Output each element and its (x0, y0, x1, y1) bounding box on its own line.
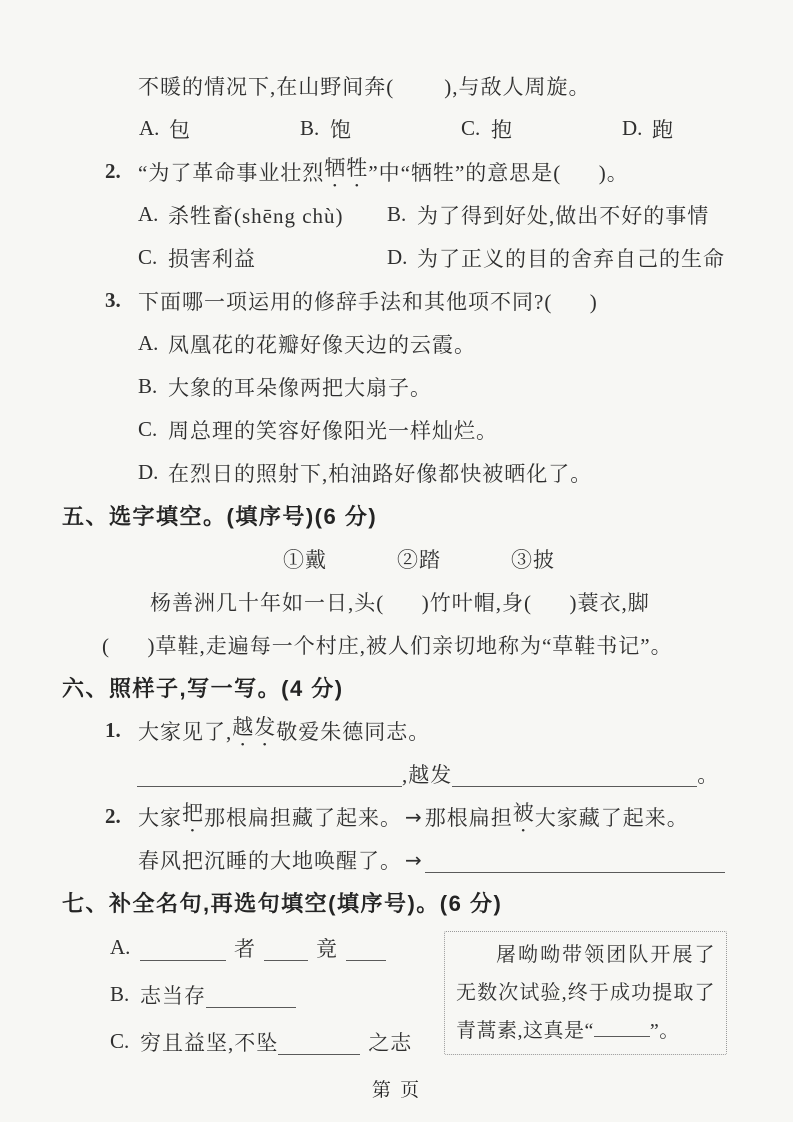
blank-line (452, 760, 697, 787)
item1-number: 1. (105, 718, 138, 743)
q1-stem-tail: 不暖的情况下,在山野间奔( ),与敌人周旋。 (138, 64, 743, 107)
section5-passage-line1: 杨善洲几十年如一日,头( )竹叶帽,身( )蓑衣,脚 (150, 580, 743, 623)
blank-line (137, 760, 402, 787)
q3-stem: 3. 下面哪一项运用的修辞手法和其他项不同?( ) (105, 279, 743, 322)
q2-option-b: B.为了得到好处,做出不好的事情 (387, 200, 709, 230)
choice-3: ③披 (511, 544, 555, 574)
q2-option-a: A.杀牲畜(shēng chù) (138, 200, 387, 230)
q3-option-a: A.凤凰花的花瓣好像天边的云霞。 (138, 322, 743, 365)
section6-item1-example: 1. 大家见了,越发敬爱朱德同志。 (105, 709, 743, 752)
q2-stem: 2. “为了革命事业壮烈牺牲”中“牺牲”的意思是( )。 (105, 150, 743, 193)
exam-page: 不暖的情况下,在山野间奔( ),与敌人周旋。 A.包 B.饱 C.抱 D.跑 2… (0, 0, 793, 1122)
q1-stem-text: 不暖的情况下,在山野间奔( ),与敌人周旋。 (138, 71, 591, 101)
section5-choices-row: ①戴 ②踏 ③披 (283, 537, 743, 580)
page-footer: 第 页 (0, 1075, 793, 1102)
section7-quote-box: 屠呦呦带领团队开展了无数次试验,终于成功提取了青蒿素,这真是“”。 (444, 931, 727, 1055)
item2-emphasized-bei: 被 (513, 797, 535, 837)
blank-line (278, 1028, 360, 1055)
q1-option-d: D.跑 (622, 114, 674, 144)
q3-number: 3. (105, 288, 138, 313)
q2-number: 2. (105, 159, 138, 184)
section6-title: 六、照样子,写一写。(4 分) (62, 666, 743, 709)
choice-1: ①戴 (283, 544, 397, 574)
q3-option-b: B.大象的耳朵像两把大扇子。 (138, 365, 743, 408)
quote-box-text: 屠呦呦带领团队开展了无数次试验,终于成功提取了青蒿素,这真是“”。 (456, 936, 715, 1050)
blank-line (264, 934, 308, 961)
item2-emphasized-ba: 把 (182, 797, 204, 837)
q2-options-row-ab: A.杀牲畜(shēng chù) B.为了得到好处,做出不好的事情 (138, 193, 743, 236)
section5-passage-line2: ( )草鞋,走遍每一个村庄,被人们亲切地称为“草鞋书记”。 (102, 623, 743, 666)
item2-number: 2. (105, 804, 138, 829)
q3-option-d: D.在烈日的照射下,柏油路好像都快被晒化了。 (138, 451, 743, 494)
blank-line (206, 981, 296, 1008)
q2-option-c: C.损害利益 (138, 243, 387, 273)
blank-line (346, 934, 386, 961)
blank-line (425, 846, 725, 873)
section5-title: 五、选字填空。(填序号)(6 分) (62, 494, 743, 537)
q1-option-b: B.饱 (300, 114, 461, 144)
blank-line (594, 1019, 650, 1037)
section6-item2-prompt-line: 春风把沉睡的大地唤醒了。→ (138, 838, 743, 881)
section6-item1-answer-line: ,越发。 (137, 752, 743, 795)
q2-options-row-cd: C.损害利益 D.为了正义的目的舍弃自己的生命 (138, 236, 743, 279)
q3-option-c: C.周总理的笑容好像阳光一样灿烂。 (138, 408, 743, 451)
arrow-right-icon: → (405, 805, 422, 829)
q1-options-row: A.包 B.饱 C.抱 D.跑 (139, 107, 743, 150)
blank-line (140, 934, 226, 961)
item1-emphasized-word: 越发 (232, 711, 276, 751)
section7-title: 七、补全名句,再选句填空(填序号)。(6 分) (62, 881, 743, 924)
q2-option-d: D.为了正义的目的舍弃自己的生命 (387, 243, 725, 273)
q2-emphasized-word: 牺牲 (324, 152, 368, 192)
choice-2: ②踏 (397, 544, 511, 574)
arrow-right-icon: → (405, 848, 422, 872)
q1-option-c: C.抱 (461, 114, 622, 144)
q1-option-a: A.包 (139, 114, 300, 144)
section6-item2-example: 2. 大家把那根扁担藏了起来。→那根扁担被大家藏了起来。 (105, 795, 743, 838)
